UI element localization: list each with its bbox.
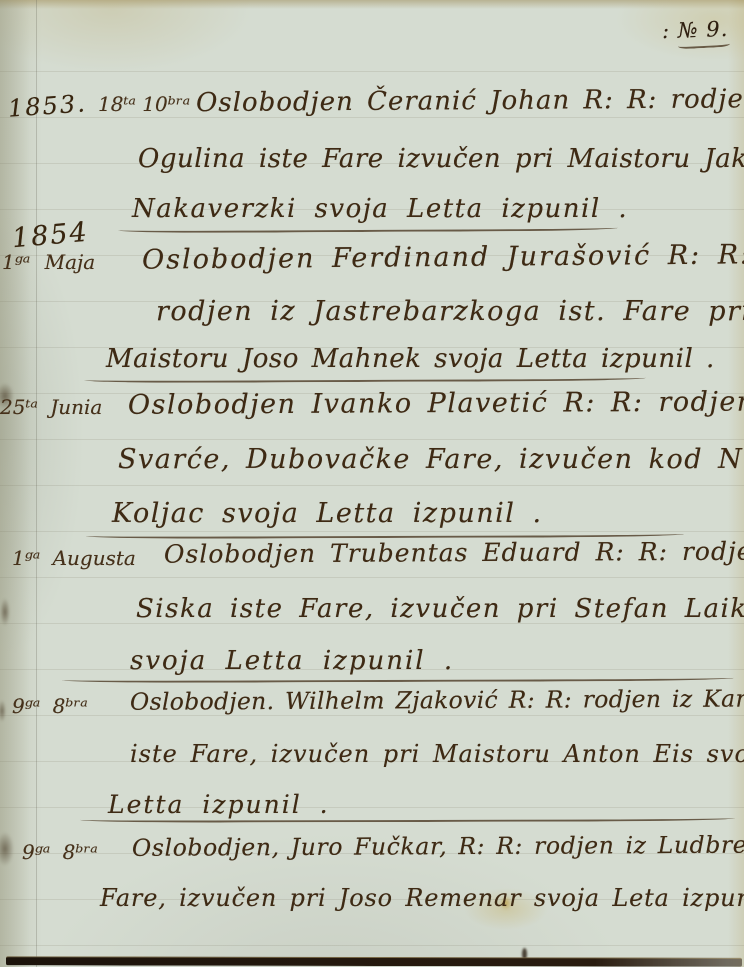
entry-line: Maistoru Joso Mahnek svoja Letta izpunil… xyxy=(106,344,715,374)
entry-line: Oslobodjen. Wilhelm Zjaković R: R: rodje… xyxy=(130,684,744,716)
page-crease xyxy=(36,0,37,967)
book-gutter-edge xyxy=(0,0,30,967)
entry-line: Siska iste Fare, izvučen pri Stefan Laik… xyxy=(136,594,744,624)
entry-line: Oslobodjen Čeranić Johan R: R: rodjen iz xyxy=(196,84,744,118)
entry-date: 9ᵍᵃ 8ᵇʳᵃ xyxy=(12,694,88,718)
entry-date: 9ᵍᵃ 8ᵇʳᵃ xyxy=(22,840,98,864)
entry-line: rodjen iz Jastrebarzkoga ist. Fare pri xyxy=(156,296,744,327)
entry-line: Svarće, Dubovačke Fare, izvučen kod Niko… xyxy=(118,444,744,475)
entry-date: 18ᵗᵃ 10ᵇʳᵃ xyxy=(98,92,190,116)
entry-line: Nakaverzki svoja Letta izpunil . xyxy=(132,194,628,224)
entry-line: Fare, izvučen pri Joso Remenar svoja Let… xyxy=(100,884,744,912)
manuscript-page: : № 9. 1853. 18ᵗᵃ 10ᵇʳᵃ Oslobodjen Čeran… xyxy=(0,0,744,967)
entry-line: Oslobodjen Ferdinand Jurašović R: R: xyxy=(142,239,744,275)
entry-date: 25ᵗᵃ Junia xyxy=(0,395,102,419)
entry-line: Oslobodjen Trubentas Eduard R: R: rodjen… xyxy=(164,536,744,568)
entry-line: Oslobodjen, Juro Fučkar, R: R: rodjen iz… xyxy=(132,830,744,862)
entry-date: 1ᵍᵃ Augusta xyxy=(12,546,136,570)
entry-year: 1853. xyxy=(7,89,87,122)
ink-smudge xyxy=(0,598,10,626)
entry-line: Ogulina iste Fare izvučen pri Maistoru J… xyxy=(138,144,744,174)
entry-line: Koljac svoja Letta izpunil . xyxy=(112,498,543,529)
page-number: : № 9. xyxy=(661,17,728,43)
entry-line: Letta izpunil . xyxy=(108,790,330,819)
page-bottom-edge xyxy=(6,956,742,967)
entry-line: iste Fare, izvučen pri Maistoru Anton Ei… xyxy=(130,740,744,768)
entry-line: svoja Letta izpunil . xyxy=(130,646,454,676)
entry-date: 1ᵍᵃ Maja xyxy=(2,250,95,274)
entry-line: Oslobodjen Ivanko Plavetić R: R: rodjen … xyxy=(128,386,744,421)
